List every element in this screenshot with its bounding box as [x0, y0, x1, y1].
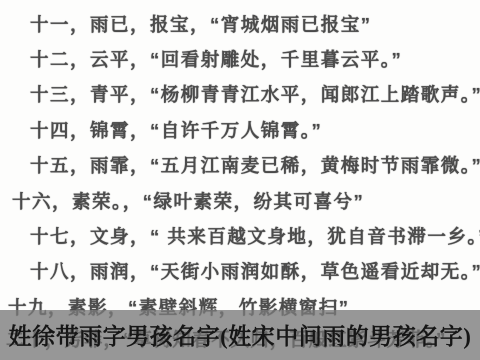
- caption-text: 姓徐带雨字男孩名字(姓宋中间雨的男孩名字): [0, 318, 480, 351]
- name-article-image: 十一，雨已，报宝，“宵城烟雨已报宝” 十二，云平，“回看射雕处，千里暮云平。” …: [0, 0, 480, 360]
- list-item: 十七，文身，“ 共来百越文身地，犹自音书滞一乡。”: [0, 218, 480, 253]
- list-item: 十四，锦霄，“自许千万人锦霄。”: [0, 112, 480, 147]
- list-item: 十一，雨已，报宝，“宵城烟雨已报宝”: [0, 6, 480, 41]
- list-item: 十八，雨润，“天街小雨润如酥，草色遥看近却无。”: [0, 254, 480, 289]
- list-item: 十三，青平，“杨柳青青江水平，闻郎江上踏歌声。”: [0, 77, 480, 112]
- list-item: 十二，云平，“回看射雕处，千里暮云平。”: [0, 41, 480, 76]
- list-item: 十五，雨霏，“五月江南麦已稀，黄梅时节雨霏微。”: [0, 148, 480, 183]
- boy-name-list: 十一，雨已，报宝，“宵城烟雨已报宝” 十二，云平，“回看射雕处，千里暮云平。” …: [0, 6, 480, 325]
- list-item: 十六，素荣。，“绿叶素荣，纷其可喜兮”: [0, 183, 480, 218]
